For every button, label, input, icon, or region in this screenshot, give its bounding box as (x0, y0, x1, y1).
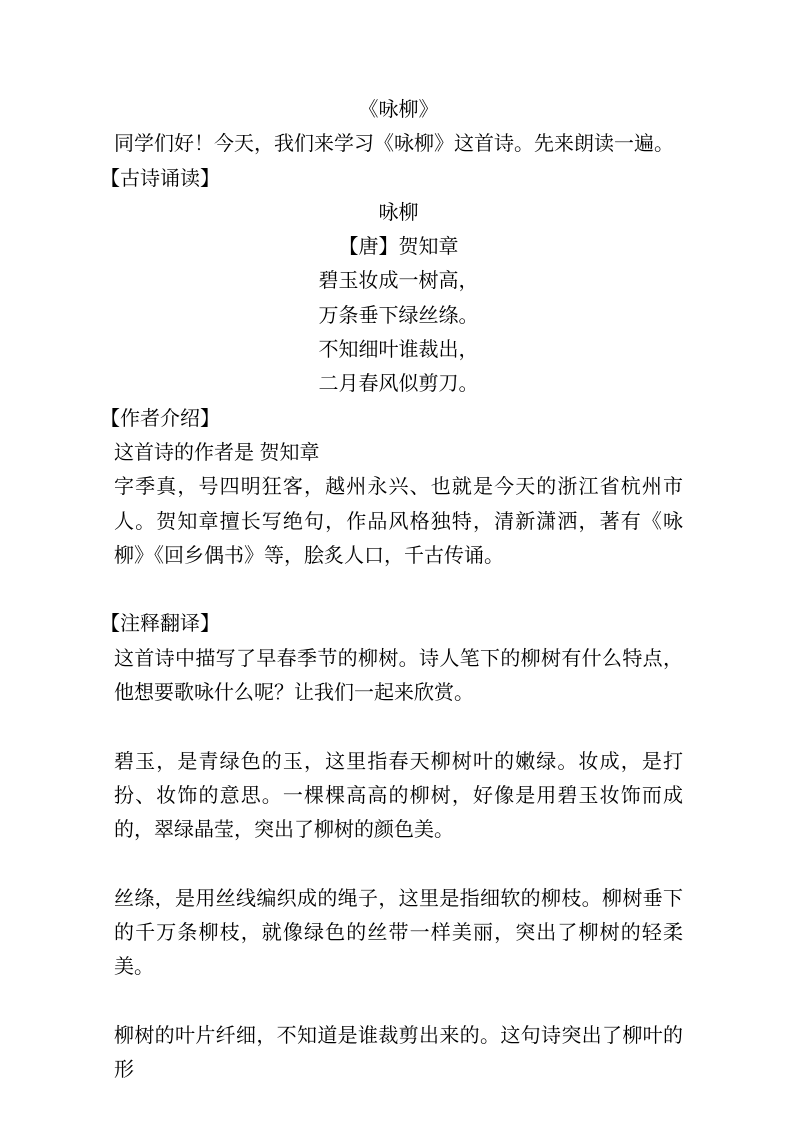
section-header-recitation: 【古诗诵读】 (100, 162, 683, 196)
poem-title: 咏柳 (114, 196, 683, 230)
doc-title: 《咏柳》 (114, 93, 683, 127)
document-page: 《咏柳》 同学们好！今天，我们来学习《咏柳》这首诗。先来朗读一遍。 【古诗诵读】… (0, 0, 794, 1123)
author-paragraph: 字季真，号四明狂客，越州永兴、也就是今天的浙江省杭州市人。贺知章擅长写绝句，作品… (114, 470, 683, 573)
section-header-annotation: 【注释翻译】 (100, 607, 683, 641)
annotation-paragraph-3: 丝绦，是用丝线编织成的绳子，这里是指细软的柳枝。柳树垂下的千万条柳枝，就像绿色的… (114, 882, 683, 985)
author-lead: 这首诗的作者是 贺知章 (114, 436, 683, 470)
annotation-paragraph-1: 这首诗中描写了早春季节的柳树。诗人笔下的柳树有什么特点，他想要歌咏什么呢？让我们… (114, 642, 683, 711)
poem-line-1: 碧玉妆成一树高， (114, 264, 683, 298)
poem-line-2: 万条垂下绿丝绦。 (114, 299, 683, 333)
section-header-author-intro: 【作者介绍】 (100, 402, 683, 436)
annotation-paragraph-4: 柳树的叶片纤细，不知道是谁裁剪出来的。这句诗突出了柳叶的形 (114, 1019, 683, 1088)
poem-line-4: 二月春风似剪刀。 (114, 367, 683, 401)
intro-paragraph: 同学们好！今天，我们来学习《咏柳》这首诗。先来朗读一遍。 (114, 127, 683, 161)
poem-author: 【唐】贺知章 (114, 230, 683, 264)
poem-line-3: 不知细叶谁裁出， (114, 333, 683, 367)
annotation-paragraph-2: 碧玉，是青绿色的玉，这里指春天柳树叶的嫩绿。妆成，是打扮、妆饰的意思。一棵棵高高… (114, 745, 683, 848)
